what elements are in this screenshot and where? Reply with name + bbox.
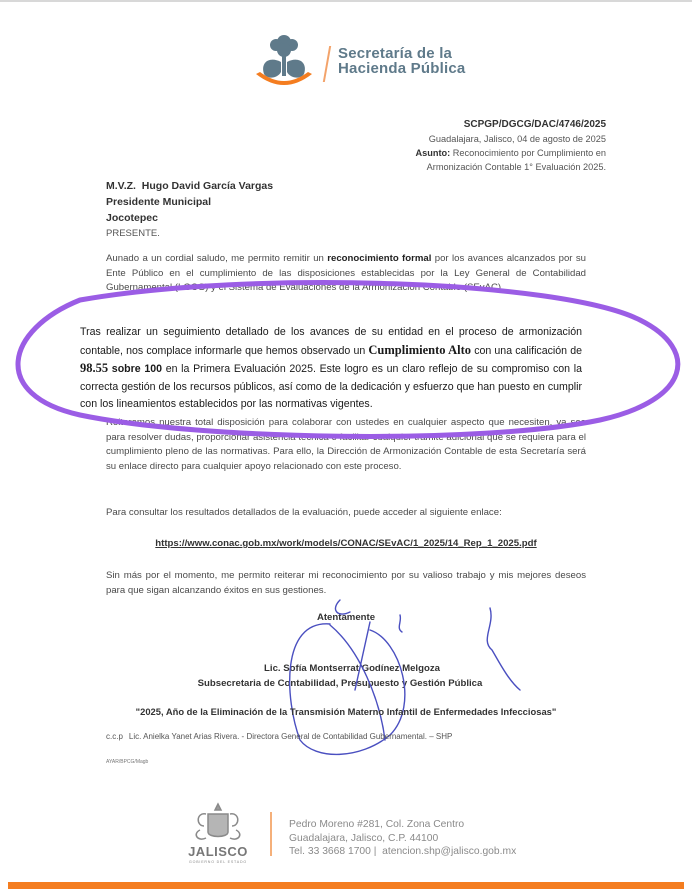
jalisco-coat-of-arms-logo: JALISCO GOBIERNO DEL ESTADO	[178, 800, 258, 862]
logo-line-1: Secretaría de la	[338, 46, 465, 61]
recipient-name: M.V.Z. Hugo David García Vargas	[106, 178, 273, 194]
secretaria-hacienda-logo: Secretaría de la Hacienda Pública	[248, 28, 478, 88]
paragraph-link-intro: Para consultar los resultados detallados…	[106, 506, 586, 521]
p1-bold: reconocimiento formal	[327, 253, 431, 264]
p1-text-a: Aunado a un cordial saludo, me permito r…	[106, 253, 327, 264]
jalisco-wordmark: JALISCO	[178, 844, 258, 859]
tree-flower-icon	[248, 28, 328, 88]
paragraph-support: Reiteramos nuestra total disposición par…	[106, 416, 586, 474]
recipient-block: M.V.Z. Hugo David García Vargas Presiden…	[106, 178, 273, 242]
signer-name: Lic. Sofía Montserrat Godínez Melgoza	[6, 663, 692, 674]
address-line-2: Guadalajara, Jalisco, C.P. 44100	[289, 832, 516, 846]
place-date: Guadalajara, Jalisco, 04 de agosto de 20…	[416, 132, 606, 146]
scan-top-edge	[0, 0, 692, 2]
footer-address: Pedro Moreno #281, Col. Zona Centro Guad…	[289, 818, 516, 859]
score-max: sobre 100	[108, 363, 162, 375]
recipient-municipality: Jocotepec	[106, 210, 273, 226]
reference-initials: AYAR/BPCG/Magb	[106, 759, 148, 765]
recipient-title: Presidente Municipal	[106, 194, 273, 210]
results-link[interactable]: https://www.conac.gob.mx/work/models/CON…	[0, 538, 692, 549]
signer-position: Subsecretaria de Contabilidad, Presupues…	[0, 678, 686, 689]
paragraph-highlighted-result: Tras realizar un seguimiento detallado d…	[80, 324, 582, 414]
logo-text: Secretaría de la Hacienda Pública	[338, 46, 465, 76]
reference-block: SCPGP/DGCG/DAC/4746/2025 Guadalajara, Ja…	[416, 118, 606, 174]
subject-line-2: Armonización Contable 1° Evaluación 2025…	[416, 160, 606, 174]
compliance-level: Cumplimiento Alto	[368, 343, 471, 357]
logo-line-2: Hacienda Pública	[338, 61, 465, 76]
p2-text-b: con una calificación de	[471, 345, 582, 357]
carbon-copy: c.c.pLic. Anielka Yanet Arias Rivera. - …	[106, 732, 452, 741]
score-value: 98.55	[80, 361, 108, 375]
recipient-greeting: PRESENTE.	[106, 226, 273, 242]
closing-salutation: Atentamente	[0, 612, 692, 623]
jalisco-subtitle: GOBIERNO DEL ESTADO	[178, 860, 258, 864]
subject-text: Reconocimiento por Cumplimiento en	[453, 148, 606, 158]
ccp-text: Lic. Anielka Yanet Arias Rivera. - Direc…	[129, 732, 452, 741]
contact-line: Tel. 33 3668 1700 | atencion.shp@jalisco…	[289, 845, 516, 859]
institutional-motto: "2025, Año de la Eliminación de la Trans…	[0, 706, 692, 717]
paragraph-intro: Aunado a un cordial saludo, me permito r…	[106, 252, 586, 296]
footer-divider	[270, 812, 272, 856]
coat-of-arms-icon	[178, 800, 258, 846]
ccp-label: c.c.p	[106, 732, 123, 741]
footer-orange-bar	[8, 882, 684, 889]
subject-label: Asunto:	[416, 148, 451, 158]
address-line-1: Pedro Moreno #281, Col. Zona Centro	[289, 818, 516, 832]
subject-line-1: Asunto: Reconocimiento por Cumplimiento …	[416, 146, 606, 160]
paragraph-closing: Sin más por el momento, me permito reite…	[106, 569, 586, 598]
document-code: SCPGP/DGCG/DAC/4746/2025	[416, 118, 606, 132]
